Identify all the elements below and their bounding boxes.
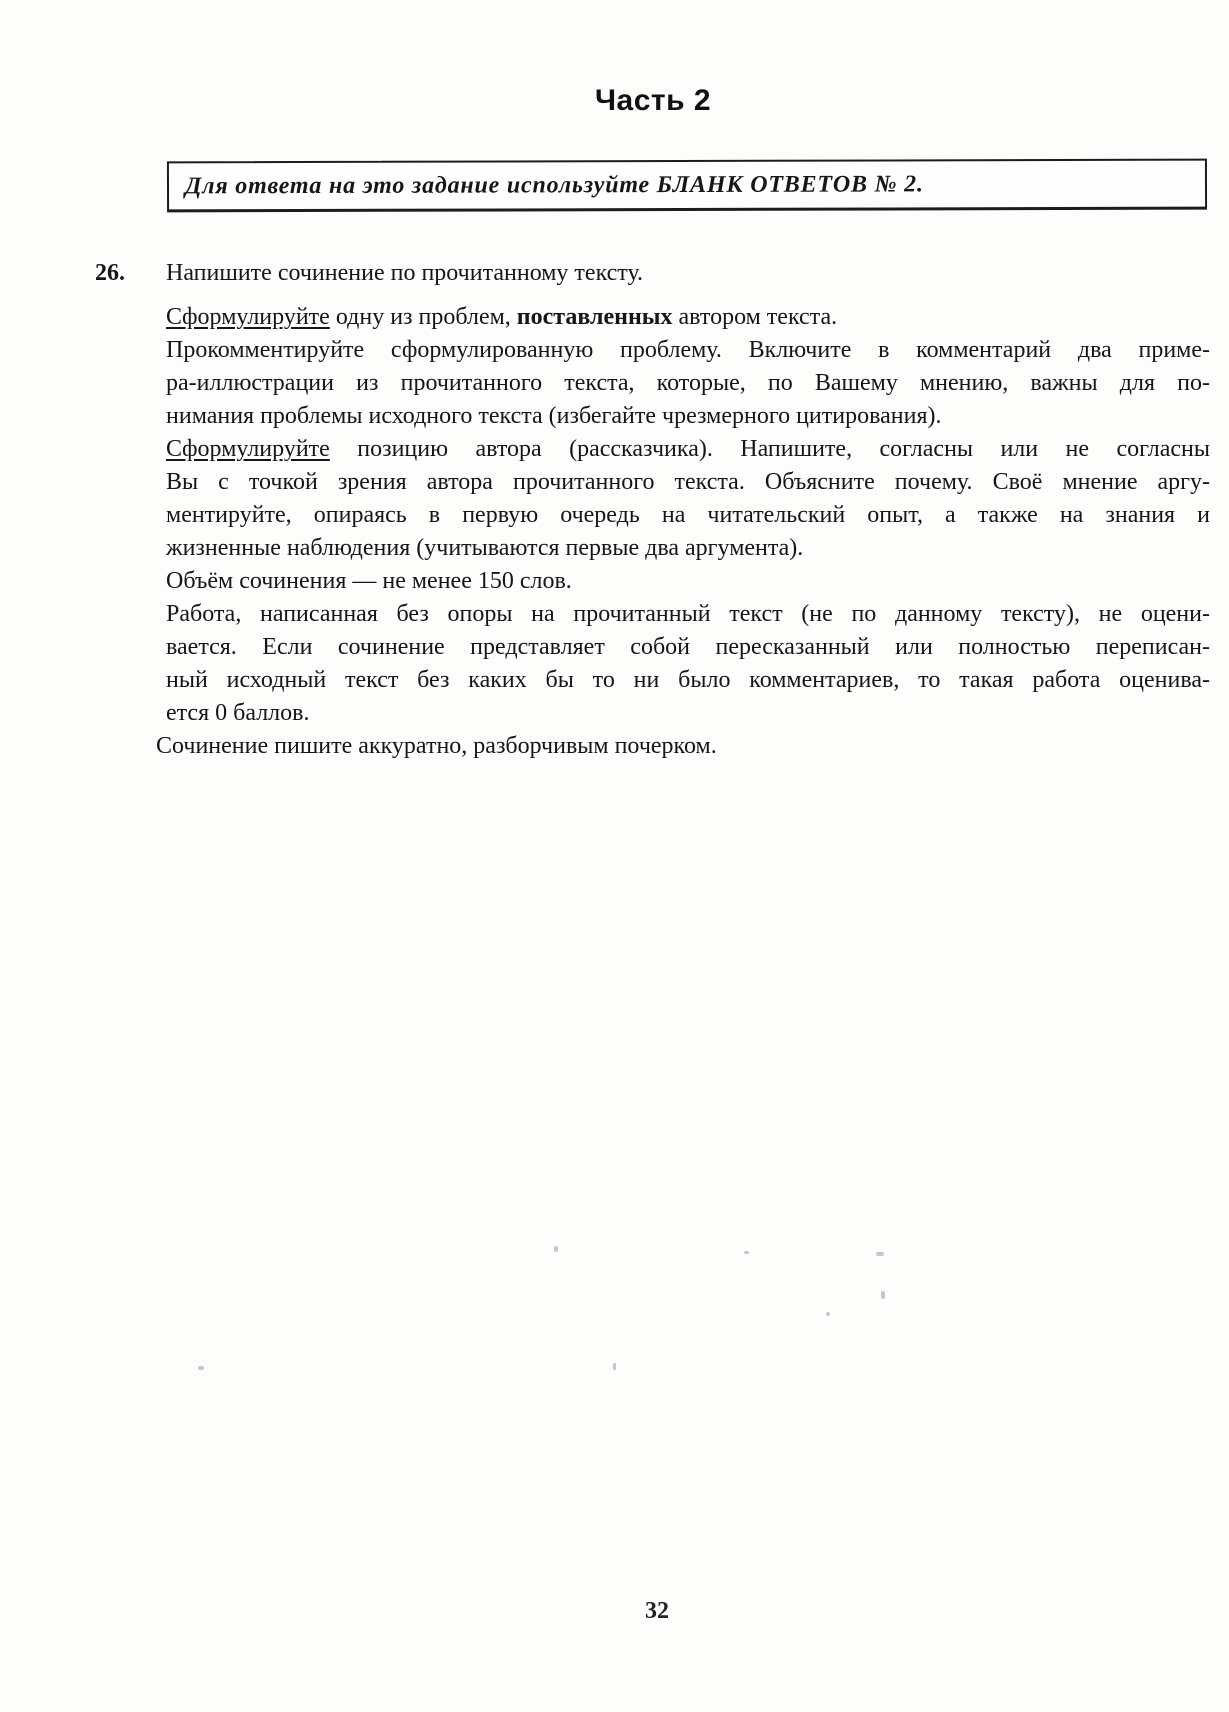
body-text: ется 0 баллов. <box>166 700 309 726</box>
task-number: 26. <box>95 260 125 287</box>
scan-speck <box>613 1363 616 1370</box>
body-text: Работа, написанная без опоры на прочитан… <box>166 601 1210 627</box>
scan-speck <box>198 1366 204 1370</box>
body-text: Объём сочинения — не менее 150 слов. <box>166 568 572 594</box>
body-text: жизненные наблюдения (учитываются первые… <box>166 535 803 561</box>
body-line: вается. Если сочинение представляет собо… <box>166 631 1210 664</box>
body-text: нимания проблемы исходного текста (избег… <box>166 403 942 429</box>
scan-speck <box>826 1312 830 1316</box>
body-line: Объём сочинения — не менее 150 слов. <box>166 565 1210 598</box>
scan-speck <box>881 1291 885 1299</box>
body-line: жизненные наблюдения (учитываются первые… <box>166 532 1210 565</box>
body-text: позицию автора (рассказчика). Напишите, … <box>330 436 1210 462</box>
answer-sheet-instruction-text: Для ответа на это задание используйте БЛ… <box>185 171 924 200</box>
body-line: ментируйте, опираясь в первую очередь на… <box>166 499 1210 532</box>
bold-text: поставленных <box>517 304 673 330</box>
body-line: Сформулируйте одну из проблем, поставлен… <box>166 301 1210 334</box>
body-line: ется 0 баллов. <box>166 697 1210 730</box>
body-text: ра-иллюстрации из прочитанного текста, к… <box>166 370 1210 396</box>
page-number: 32 <box>645 1598 669 1625</box>
body-line: Вы с точкой зрения автора прочитанного т… <box>166 466 1210 499</box>
body-text: одну из проблем, <box>330 304 517 330</box>
underlined-text: Сформулируйте <box>166 304 330 330</box>
task-intro-text: Напишите сочинение по прочитанному текст… <box>166 260 643 287</box>
body-line: ный исходный текст без каких бы то ни бы… <box>166 664 1210 697</box>
body-line: ра-иллюстрации из прочитанного текста, к… <box>166 367 1210 400</box>
scan-speck <box>876 1252 884 1256</box>
body-text: ментируйте, опираясь в первую очередь на… <box>166 502 1210 528</box>
body-text: вается. Если сочинение представляет собо… <box>166 634 1210 660</box>
body-text: автором текста. <box>673 304 838 330</box>
body-text: Вы с точкой зрения автора прочитанного т… <box>166 469 1210 495</box>
scan-speck <box>554 1246 558 1252</box>
task-body: Сформулируйте одну из проблем, поставлен… <box>166 301 1210 763</box>
underlined-text: Сформулируйте <box>166 436 330 462</box>
body-text: Сочинение пишите аккуратно, разборчивым … <box>156 733 717 759</box>
body-line: Прокомментируйте сформулированную пробле… <box>166 334 1210 367</box>
body-line: Сформулируйте позицию автора (рассказчик… <box>166 433 1210 466</box>
body-line: Работа, написанная без опоры на прочитан… <box>166 598 1210 631</box>
scan-speck <box>744 1251 749 1254</box>
body-line: нимания проблемы исходного текста (избег… <box>166 400 1210 433</box>
body-text: ный исходный текст без каких бы то ни бы… <box>166 667 1210 693</box>
body-text: Прокомментируйте сформулированную пробле… <box>166 337 1210 363</box>
answer-sheet-instruction-box: Для ответа на это задание используйте БЛ… <box>167 159 1207 213</box>
body-line: Сочинение пишите аккуратно, разборчивым … <box>156 730 1210 763</box>
page-title: Часть 2 <box>595 84 711 118</box>
